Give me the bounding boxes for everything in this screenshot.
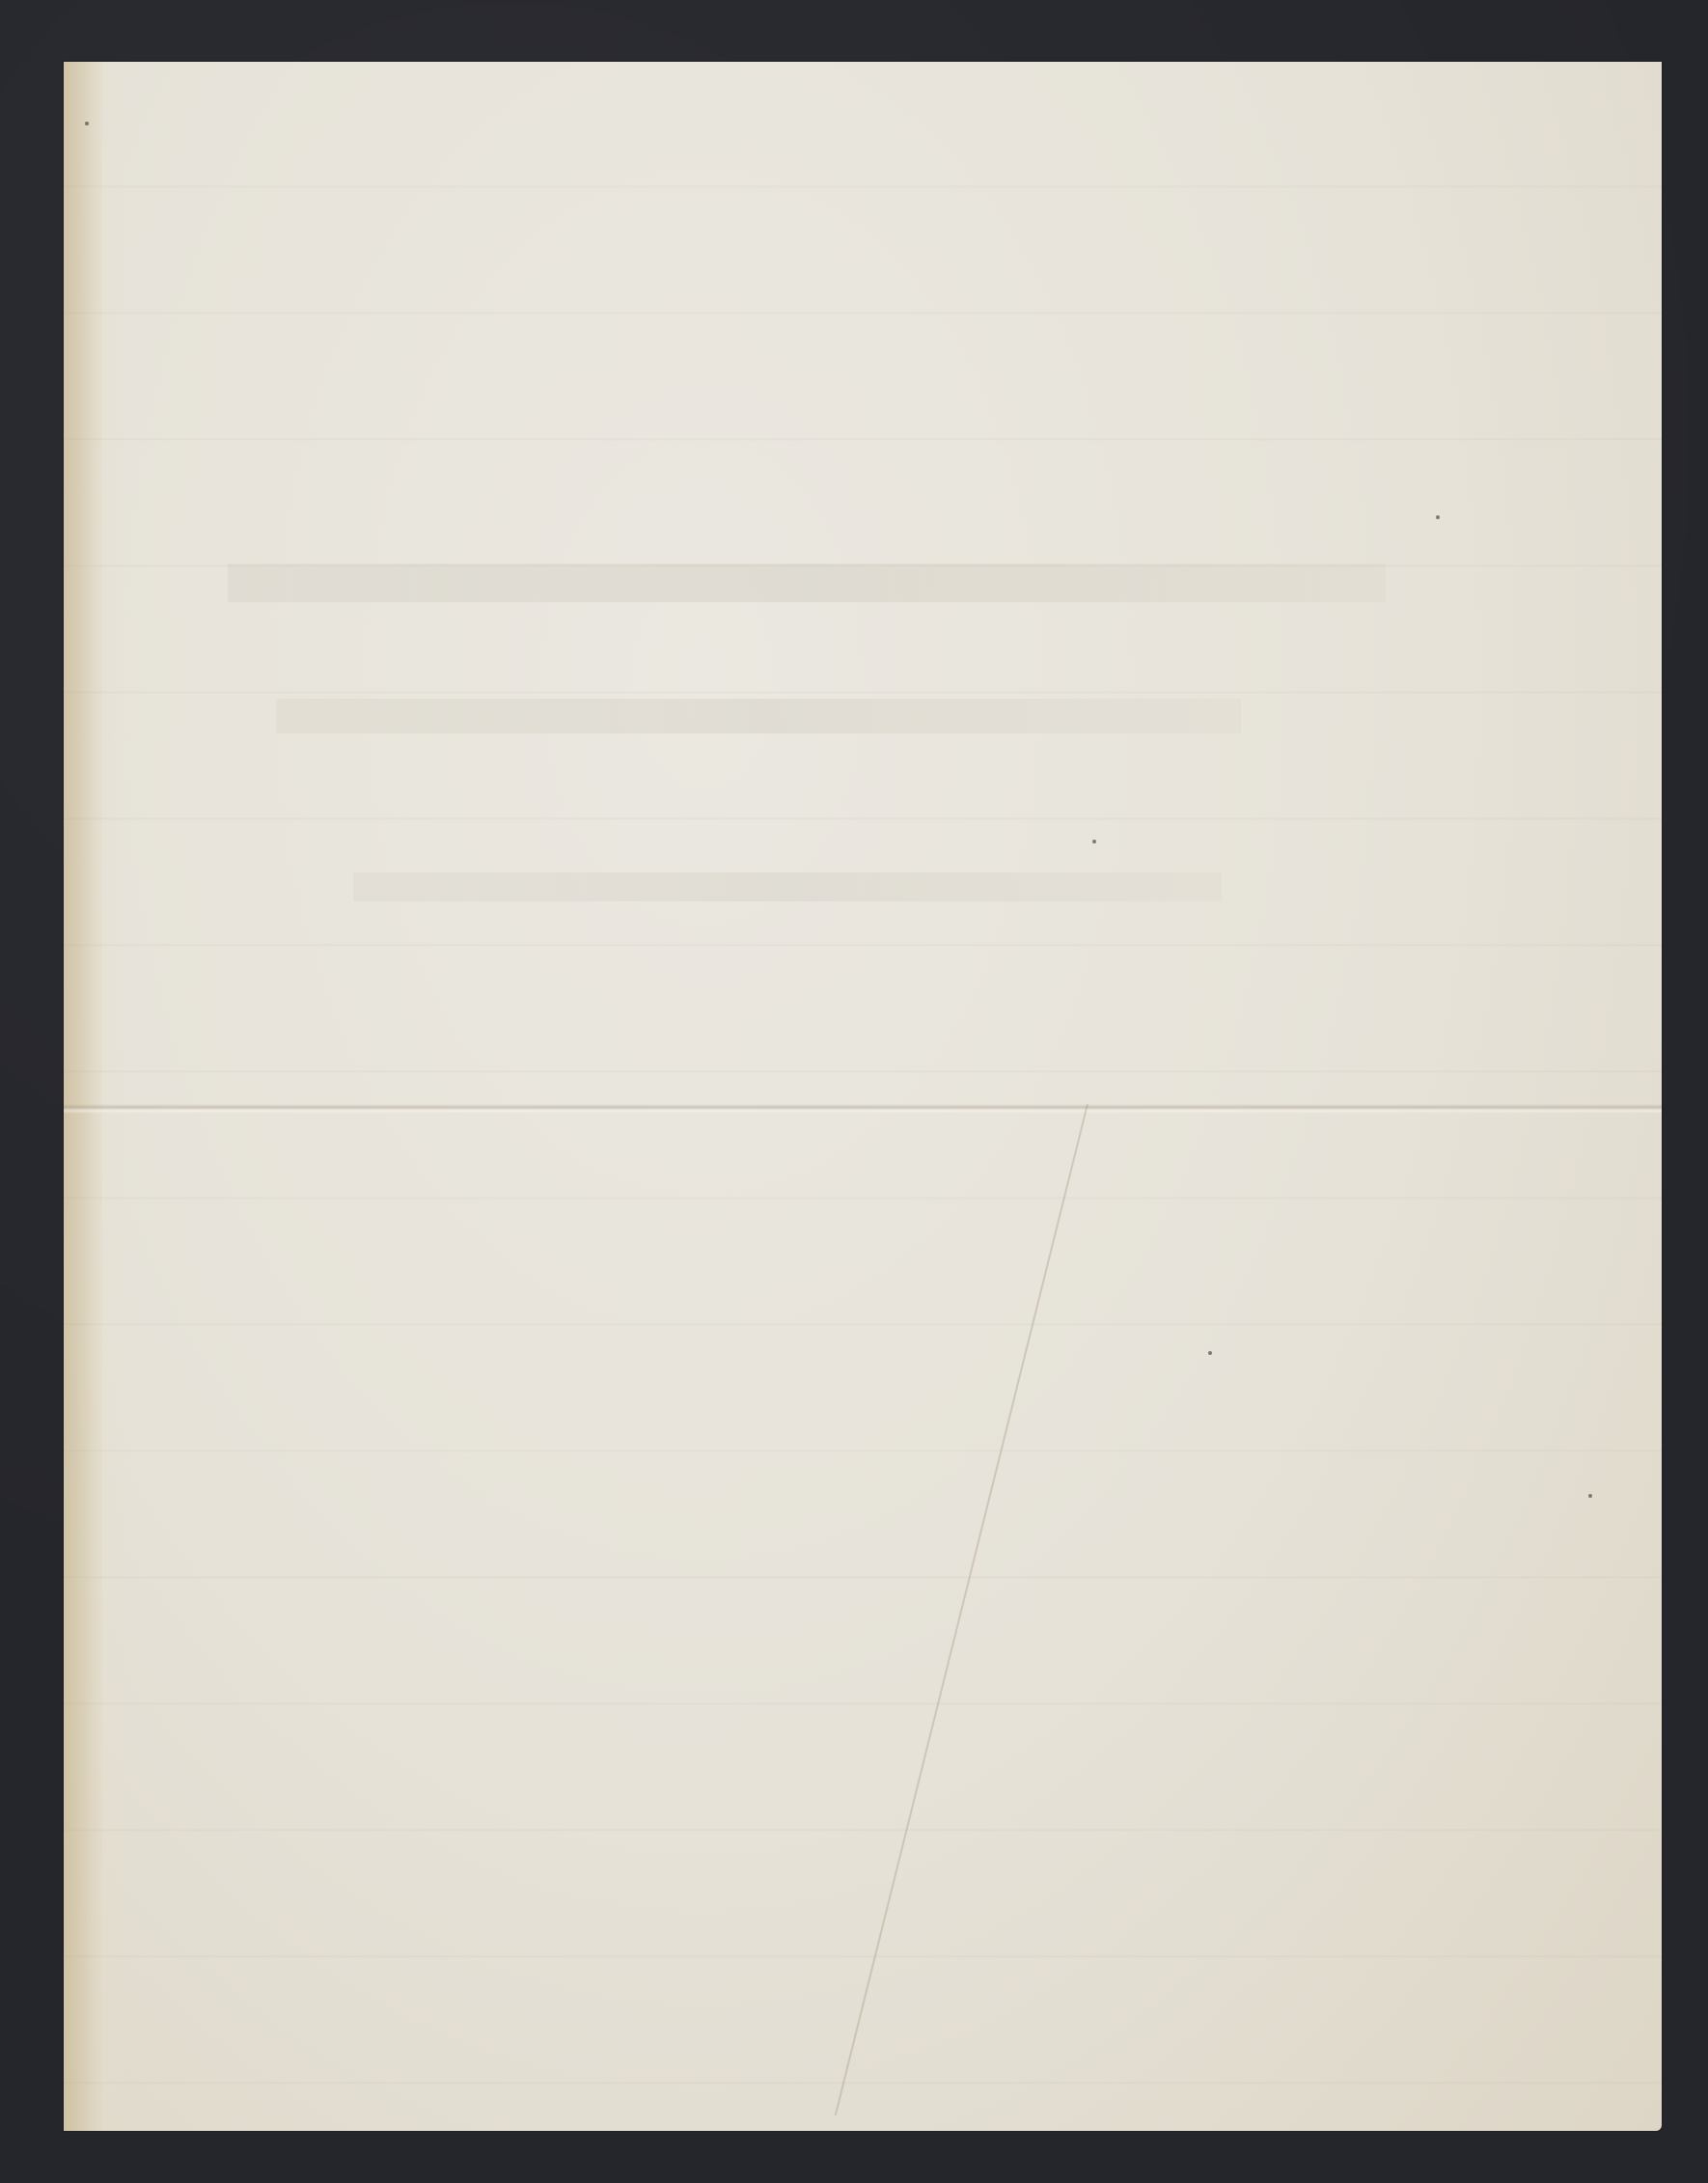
ink-speck <box>1092 840 1096 843</box>
paper-sheet <box>64 62 1662 2131</box>
ink-speck <box>1588 1494 1592 1498</box>
horizontal-fold <box>64 1104 1662 1114</box>
bleed-through-line <box>276 699 1241 733</box>
bleed-through-line <box>353 872 1222 901</box>
ink-speck <box>85 122 89 125</box>
ink-speck <box>1436 515 1440 519</box>
ink-speck <box>1208 1351 1212 1355</box>
laid-lines <box>64 62 1662 2131</box>
bleed-through-line <box>228 564 1386 602</box>
